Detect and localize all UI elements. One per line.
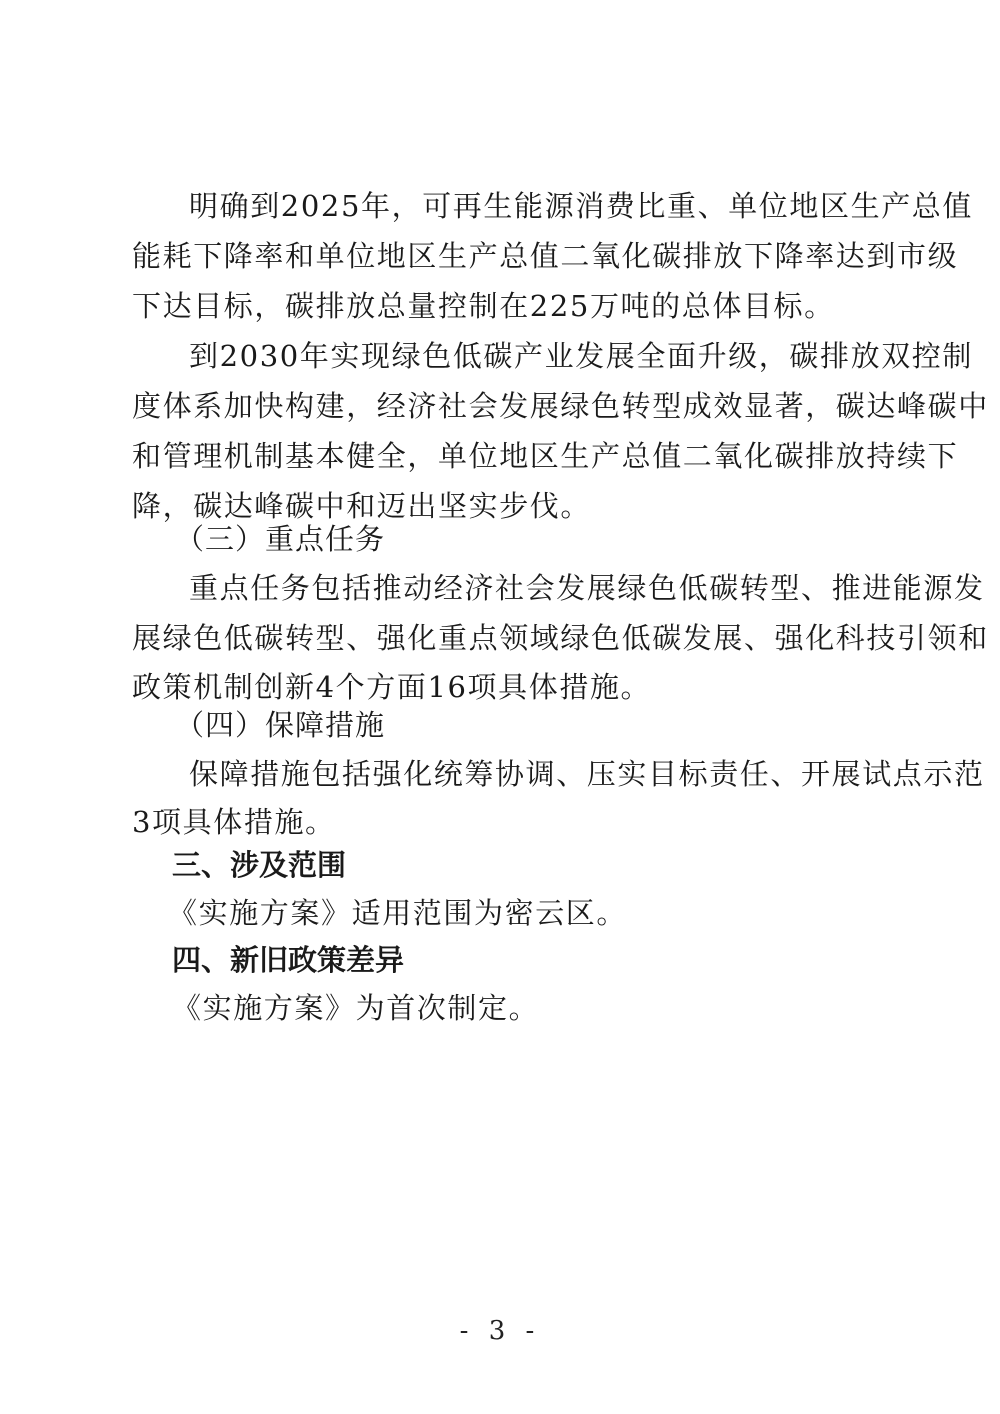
paragraph-line: 和管理机制基本健全，单位地区生产总值二氧化碳排放持续下 — [132, 436, 884, 476]
paragraph-line: 下达目标，碳排放总量控制在225万吨的总体目标。 — [132, 286, 835, 326]
paragraph-line: 能耗下降率和单位地区生产总值二氧化碳排放下降率达到市级 — [132, 236, 884, 276]
subheading-safeguards: （四）保障措施 — [175, 705, 385, 745]
paragraph-line: 展绿色低碳转型、强化重点领域绿色低碳发展、强化科技引领和 — [132, 618, 884, 658]
subheading-key-tasks: （三）重点任务 — [175, 519, 385, 559]
heading-scope: 三、涉及范围 — [172, 845, 346, 885]
paragraph-line: 保障措施包括强化统筹协调、压实目标责任、开展试点示范 — [189, 754, 985, 794]
paragraph-line: 度体系加快构建，经济社会发展绿色转型成效显著，碳达峰碳中 — [132, 386, 884, 426]
paragraph-line: 到2030年实现绿色低碳产业发展全面升级，碳排放双控制 — [189, 336, 973, 376]
paragraph-line: 重点任务包括推动经济社会发展绿色低碳转型、推进能源发 — [189, 568, 985, 608]
paragraph-line: 政策机制创新4个方面16项具体措施。 — [132, 667, 651, 707]
paragraph-line: 明确到2025年，可再生能源消费比重、单位地区生产总值 — [189, 186, 973, 226]
paragraph-line: 3项具体措施。 — [132, 802, 336, 842]
paragraph-line: 《实施方案》为首次制定。 — [172, 988, 539, 1028]
page-number: - 3 - — [0, 1316, 1000, 1346]
paragraph-line: 《实施方案》适用范围为密云区。 — [168, 893, 627, 933]
document-page: 明确到2025年，可再生能源消费比重、单位地区生产总值 能耗下降率和单位地区生产… — [0, 0, 1000, 1414]
heading-policy-differences: 四、新旧政策差异 — [172, 940, 404, 980]
